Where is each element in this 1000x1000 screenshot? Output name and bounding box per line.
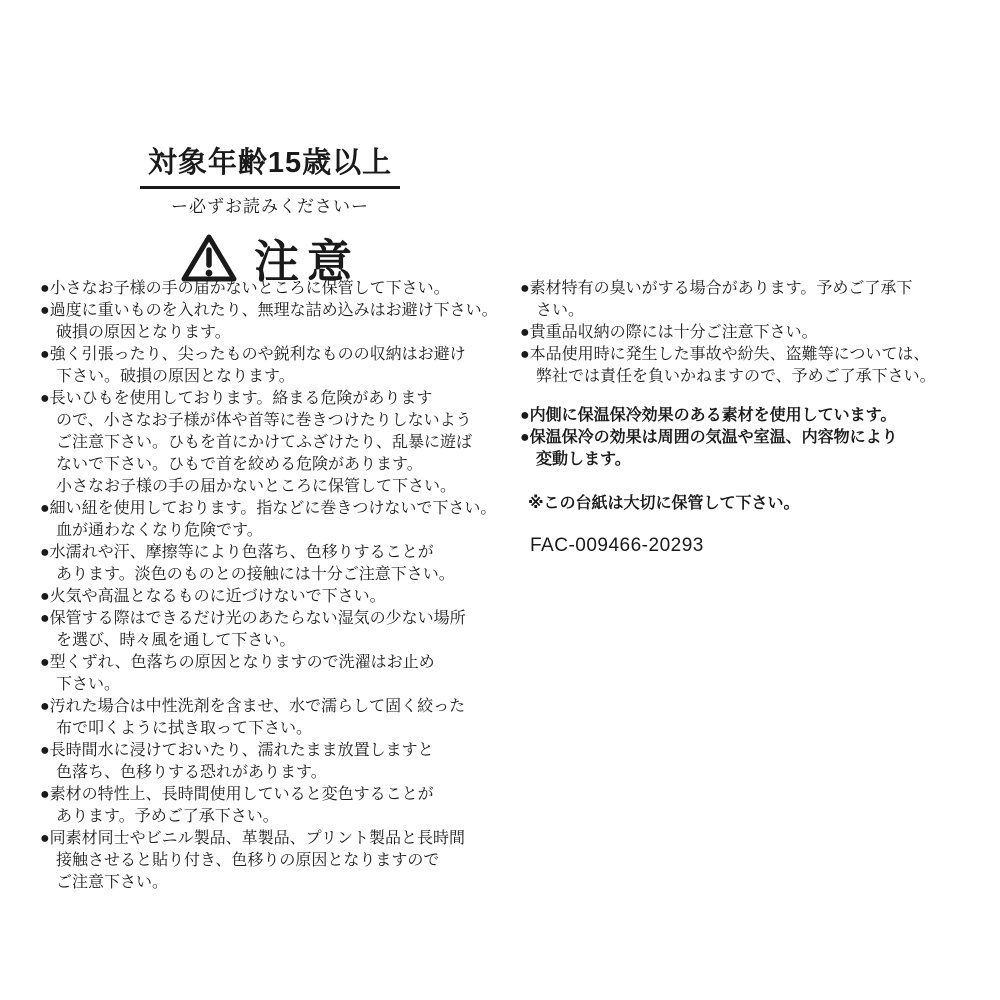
- thermal-note-item: ●内側に保温保冷効果のある素材を使用しています。: [520, 405, 990, 427]
- warning-item: ●長時間水に浸けておいたり、濡れたまま放置しますと 色落ち、色移りする恐れがあり…: [40, 740, 502, 784]
- warning-item: ●型くずれ、色落ちの原因となりますので洗濯はお止め 下さい。: [40, 652, 502, 696]
- warning-item: ●本品使用時に発生した事故や紛失、盗難等については、 弊社では責任を負いかねます…: [520, 344, 990, 388]
- warning-item: ●火気や高温となるものに近づけないで下さい。: [40, 586, 502, 608]
- thermal-note-item: ●保温保冷の効果は周囲の気温や室温、内容物により 変動します。: [520, 427, 990, 471]
- header: 対象年齢15歳以上 ー必ずお読みくださいー 注意: [30, 140, 510, 290]
- warning-item: ●素材の特性上、長時間使用していると変色することが あります。予めご了承下さい。: [40, 784, 502, 828]
- warning-item: ●小さなお子様の手の届かないところに保管して下さい。: [40, 278, 502, 300]
- warning-item: ●細い紐を使用しております。指などに巻きつけないで下さい。 血が通わなくなり危険…: [40, 498, 502, 542]
- caution-sheet: 対象年齢15歳以上 ー必ずお読みくださいー 注意 ●小さなお子様の手の届かないと…: [0, 0, 1000, 1000]
- warning-item: ●強く引張ったり、尖ったものや鋭利なものの収納はお避け 下さい。破損の原因となり…: [40, 344, 502, 388]
- must-read-note: ー必ずお読みくださいー: [30, 192, 510, 217]
- warning-item: ●長いひもを使用しております。絡まる危険があります ので、小さなお子様が体や首等…: [40, 388, 502, 498]
- handling-warnings-column: ●小さなお子様の手の届かないところに保管して下さい。 ●過度に重いものを入れたり…: [40, 278, 502, 894]
- warning-triangle-icon: [180, 232, 238, 284]
- warning-item: ●素材特有の臭いがする場合があります。予めご了承下 さい。: [520, 278, 990, 322]
- age-restriction-title: 対象年齢15歳以上: [140, 140, 400, 189]
- warning-item: ●同素材同士やビニル製品、革製品、プリント製品と長時間 接触させると貼り付き、色…: [40, 828, 502, 894]
- warning-item: ●貴重品収納の際には十分ご注意下さい。: [520, 322, 990, 344]
- warning-item: ●水濡れや汗、摩擦等により色落ち、色移りすることが あります。淡色のものとの接触…: [40, 542, 502, 586]
- product-code: FAC-009466-20293: [530, 535, 990, 557]
- warning-item: ●過度に重いものを入れたり、無理な詰め込みはお避け下さい。 破損の原因となります…: [40, 300, 502, 344]
- thermal-feature-notes: ●内側に保温保冷効果のある素材を使用しています。 ●保温保冷の効果は周囲の気温や…: [520, 405, 990, 471]
- additional-warnings-column: ●素材特有の臭いがする場合があります。予めご了承下 さい。 ●貴重品収納の際には…: [520, 278, 990, 557]
- warning-item: ●汚れた場合は中性洗剤を含ませ、水で濡らして固く絞った 布で叩くように拭き取って…: [40, 696, 502, 740]
- keep-card-note: ※この台紙は大切に保管して下さい。: [528, 493, 990, 515]
- warning-item: ●保管する際はできるだけ光のあたらない湿気の少ない場所 を選び、時々風を通して下…: [40, 608, 502, 652]
